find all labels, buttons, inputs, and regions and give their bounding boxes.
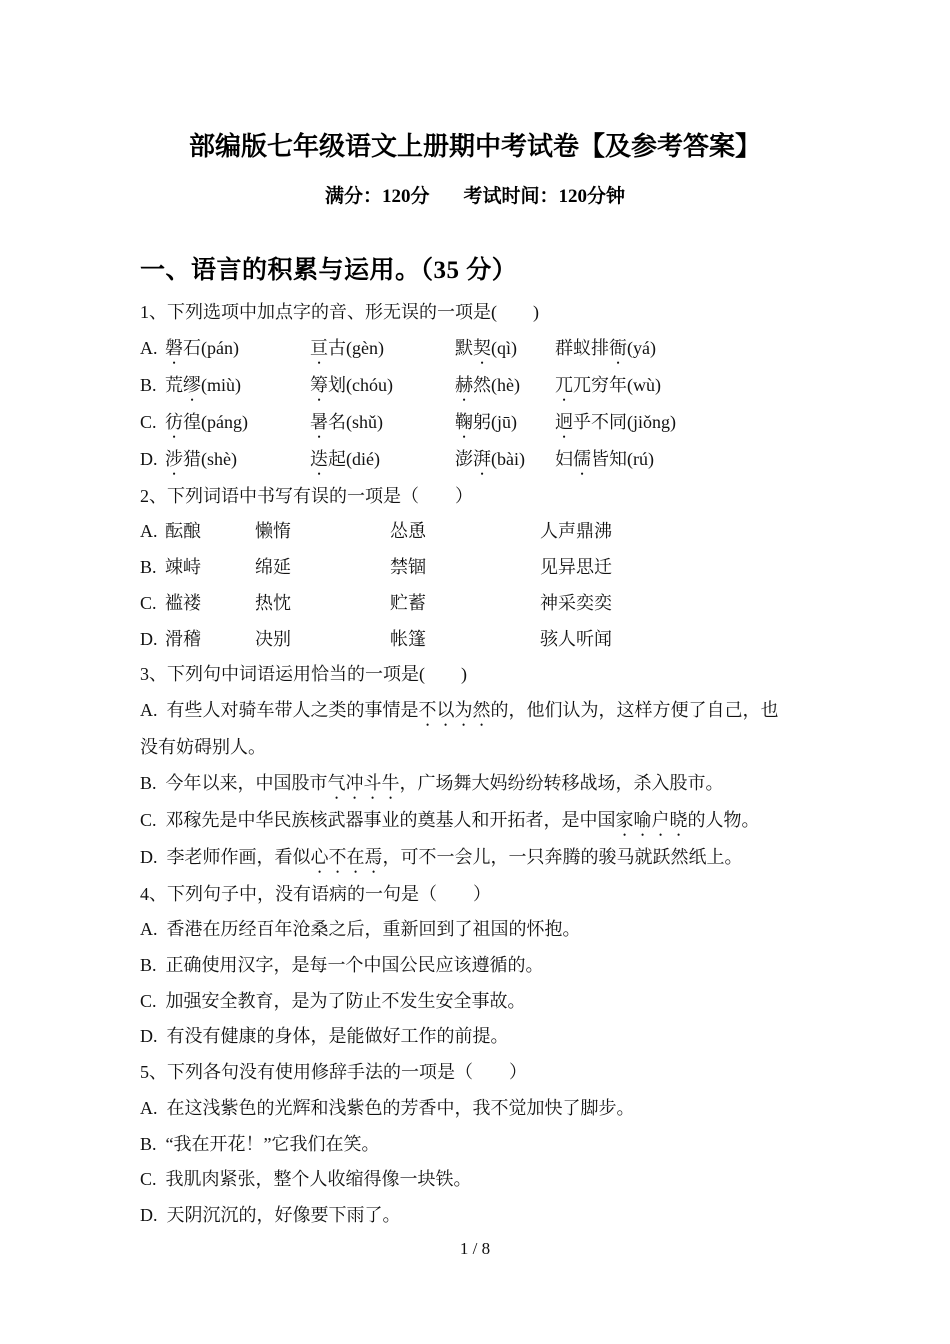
option-label: B. <box>140 1134 166 1154</box>
option-term: 迭起(dié) <box>310 442 455 479</box>
question-5-option-c: C.我肌肉紧张，整个人收缩得像一块铁。 <box>140 1162 795 1198</box>
question-5-option-a: A.在这浅紫色的光辉和浅紫色的芳香中，我不觉加快了脚步。 <box>140 1091 795 1127</box>
option-term: 神采奕奕 <box>540 586 795 622</box>
option-label: C. <box>140 991 166 1011</box>
option-text: 李老师作画，看似心不在焉，可不一会儿，一只奔腾的骏马就跃然纸上。 <box>167 847 743 867</box>
question-3-option-c: C.邓稼先是中华民族核武器事业的奠基人和开拓者，是中国家喻户晓的人物。 <box>140 803 795 840</box>
option-term: 见异思迁 <box>540 550 795 586</box>
question-3-stem: 3、下列句中词语运用恰当的一项是( ) <box>140 657 795 693</box>
option-label: C. <box>140 1169 166 1189</box>
option-term: 妇儒皆知(rú) <box>555 442 795 479</box>
option-label: B. <box>140 550 165 586</box>
question-1-option-c: C. 彷徨(páng) 暑名(shǔ) 鞠躬(jū) 迥乎不同(jiǒng) <box>140 405 795 442</box>
option-label: A. <box>140 1098 167 1118</box>
question-3-option-d: D.李老师作画，看似心不在焉，可不一会儿，一只奔腾的骏马就跃然纸上。 <box>140 840 795 877</box>
option-term: 亘古(gèn) <box>310 331 455 368</box>
option-term: 磐石(pán) <box>165 331 310 368</box>
option-label: C. <box>140 586 165 622</box>
question-1-option-a: A. 磐石(pán) 亘古(gèn) 默契(qì) 群蚁排衙(yá) <box>140 331 795 368</box>
exam-document-page: 部编版七年级语文上册期中考试卷【及参考答案】 满分：120分考试时间：120分钟… <box>0 0 950 1344</box>
option-term: 绵延 <box>255 550 390 586</box>
question-1-stem: 1、下列选项中加点字的音、形无误的一项是( ) <box>140 295 795 331</box>
option-term: 筹划(chóu) <box>310 368 455 405</box>
option-term: 默契(qì) <box>455 331 555 368</box>
option-term: 暑名(shǔ) <box>310 405 455 442</box>
question-1-option-d: D. 涉猎(shè) 迭起(dié) 澎湃(bài) 妇儒皆知(rú) <box>140 442 795 479</box>
option-term: 滑稽 <box>165 622 255 658</box>
option-term: 彷徨(páng) <box>165 405 310 442</box>
question-2-option-c: C. 褴褛 热忱 贮蓄 神采奕奕 <box>140 586 795 622</box>
option-term: 竦峙 <box>165 550 255 586</box>
option-label: A. <box>140 331 165 368</box>
option-text: 有没有健康的身体，是能做好工作的前提。 <box>167 1026 509 1046</box>
option-label: B. <box>140 773 166 793</box>
option-term: 人声鼎沸 <box>540 514 795 550</box>
option-label: B. <box>140 955 166 975</box>
question-1-option-b: B. 荒缪(miù) 筹划(chóu) 赫然(hè) 兀兀穷年(wù) <box>140 368 795 405</box>
question-4-stem: 4、下列句子中，没有语病的一句是（ ） <box>140 877 795 913</box>
option-text: 加强安全教育，是为了防止不发生安全事故。 <box>166 991 526 1011</box>
question-4-option-c: C.加强安全教育，是为了防止不发生安全事故。 <box>140 984 795 1020</box>
option-term: 怂恿 <box>390 514 540 550</box>
option-label: D. <box>140 442 165 479</box>
option-term: 骇人听闻 <box>540 622 795 658</box>
option-text: 正确使用汉字，是每一个中国公民应该遵循的。 <box>166 955 544 975</box>
option-text: 邓稼先是中华民族核武器事业的奠基人和开拓者，是中国家喻户晓的人物。 <box>166 810 760 830</box>
question-4-option-a: A.香港在历经百年沧桑之后，重新回到了祖国的怀抱。 <box>140 912 795 948</box>
option-term: 兀兀穷年(wù) <box>555 368 795 405</box>
option-term: 贮蓄 <box>390 586 540 622</box>
full-score-label: 满分：120分 <box>325 186 430 207</box>
option-term: 鞠躬(jū) <box>455 405 555 442</box>
option-text: 今年以来，中国股市气冲斗牛，广场舞大妈纷纷转移战场，杀入股市。 <box>166 773 724 793</box>
option-text: 我肌肉紧张，整个人收缩得像一块铁。 <box>166 1169 472 1189</box>
question-4-option-b: B.正确使用汉字，是每一个中国公民应该遵循的。 <box>140 948 795 984</box>
option-term: 涉猎(shè) <box>165 442 310 479</box>
question-4-option-d: D.有没有健康的身体，是能做好工作的前提。 <box>140 1019 795 1055</box>
page-number: 1 / 8 <box>0 1237 950 1261</box>
option-label: D. <box>140 1026 167 1046</box>
option-text: 天阴沉沉的，好像要下雨了。 <box>167 1205 401 1225</box>
question-2-option-b: B. 竦峙 绵延 禁锢 见异思迁 <box>140 550 795 586</box>
exam-time-label: 考试时间：120分钟 <box>464 186 626 207</box>
option-label: D. <box>140 1205 167 1225</box>
option-label: A. <box>140 514 165 550</box>
page-title: 部编版七年级语文上册期中考试卷【及参考答案】 <box>140 130 810 163</box>
option-term: 懒惰 <box>255 514 390 550</box>
question-2-option-a: A. 酝酿 懒惰 怂恿 人声鼎沸 <box>140 514 795 550</box>
option-label: B. <box>140 368 165 405</box>
option-text: 有些人对骑车带人之类的事情是不以为然的，他们认为，这样方便了自己，也没有妨碍别人… <box>140 700 779 757</box>
option-term: 赫然(hè) <box>455 368 555 405</box>
option-term: 帐篷 <box>390 622 540 658</box>
question-5-option-b: B.“我在开花！”它我们在笑。 <box>140 1127 795 1163</box>
question-2-stem: 2、下列词语中书写有误的一项是（ ） <box>140 479 795 515</box>
question-2-option-d: D. 滑稽 决别 帐篷 骇人听闻 <box>140 622 795 658</box>
option-term: 迥乎不同(jiǒng) <box>555 405 795 442</box>
question-5-option-d: D.天阴沉沉的，好像要下雨了。 <box>140 1198 795 1234</box>
option-term: 荒缪(miù) <box>165 368 310 405</box>
option-term: 热忱 <box>255 586 390 622</box>
option-label: D. <box>140 622 165 658</box>
section-heading: 一、语言的积累与运用。（35 分） <box>140 253 810 288</box>
option-label: C. <box>140 405 165 442</box>
option-term: 酝酿 <box>165 514 255 550</box>
option-term: 澎湃(bài) <box>455 442 555 479</box>
option-label: A. <box>140 919 167 939</box>
question-5-stem: 5、下列各句没有使用修辞手法的一项是（ ） <box>140 1055 795 1091</box>
option-term: 褴褛 <box>165 586 255 622</box>
exam-meta: 满分：120分考试时间：120分钟 <box>140 184 810 210</box>
option-term: 决别 <box>255 622 390 658</box>
option-text: 在这浅紫色的光辉和浅紫色的芳香中，我不觉加快了脚步。 <box>167 1098 635 1118</box>
option-term: 禁锢 <box>390 550 540 586</box>
option-label: A. <box>140 700 167 720</box>
option-label: D. <box>140 847 167 867</box>
option-label: C. <box>140 810 166 830</box>
option-text: “我在开花！”它我们在笑。 <box>166 1134 380 1154</box>
question-3-option-a: A.有些人对骑车带人之类的事情是不以为然的，他们认为，这样方便了自己，也没有妨碍… <box>140 693 795 766</box>
option-term: 群蚁排衙(yá) <box>555 331 795 368</box>
option-text: 香港在历经百年沧桑之后，重新回到了祖国的怀抱。 <box>167 919 581 939</box>
question-3-option-b: B.今年以来，中国股市气冲斗牛，广场舞大妈纷纷转移战场，杀入股市。 <box>140 766 795 803</box>
